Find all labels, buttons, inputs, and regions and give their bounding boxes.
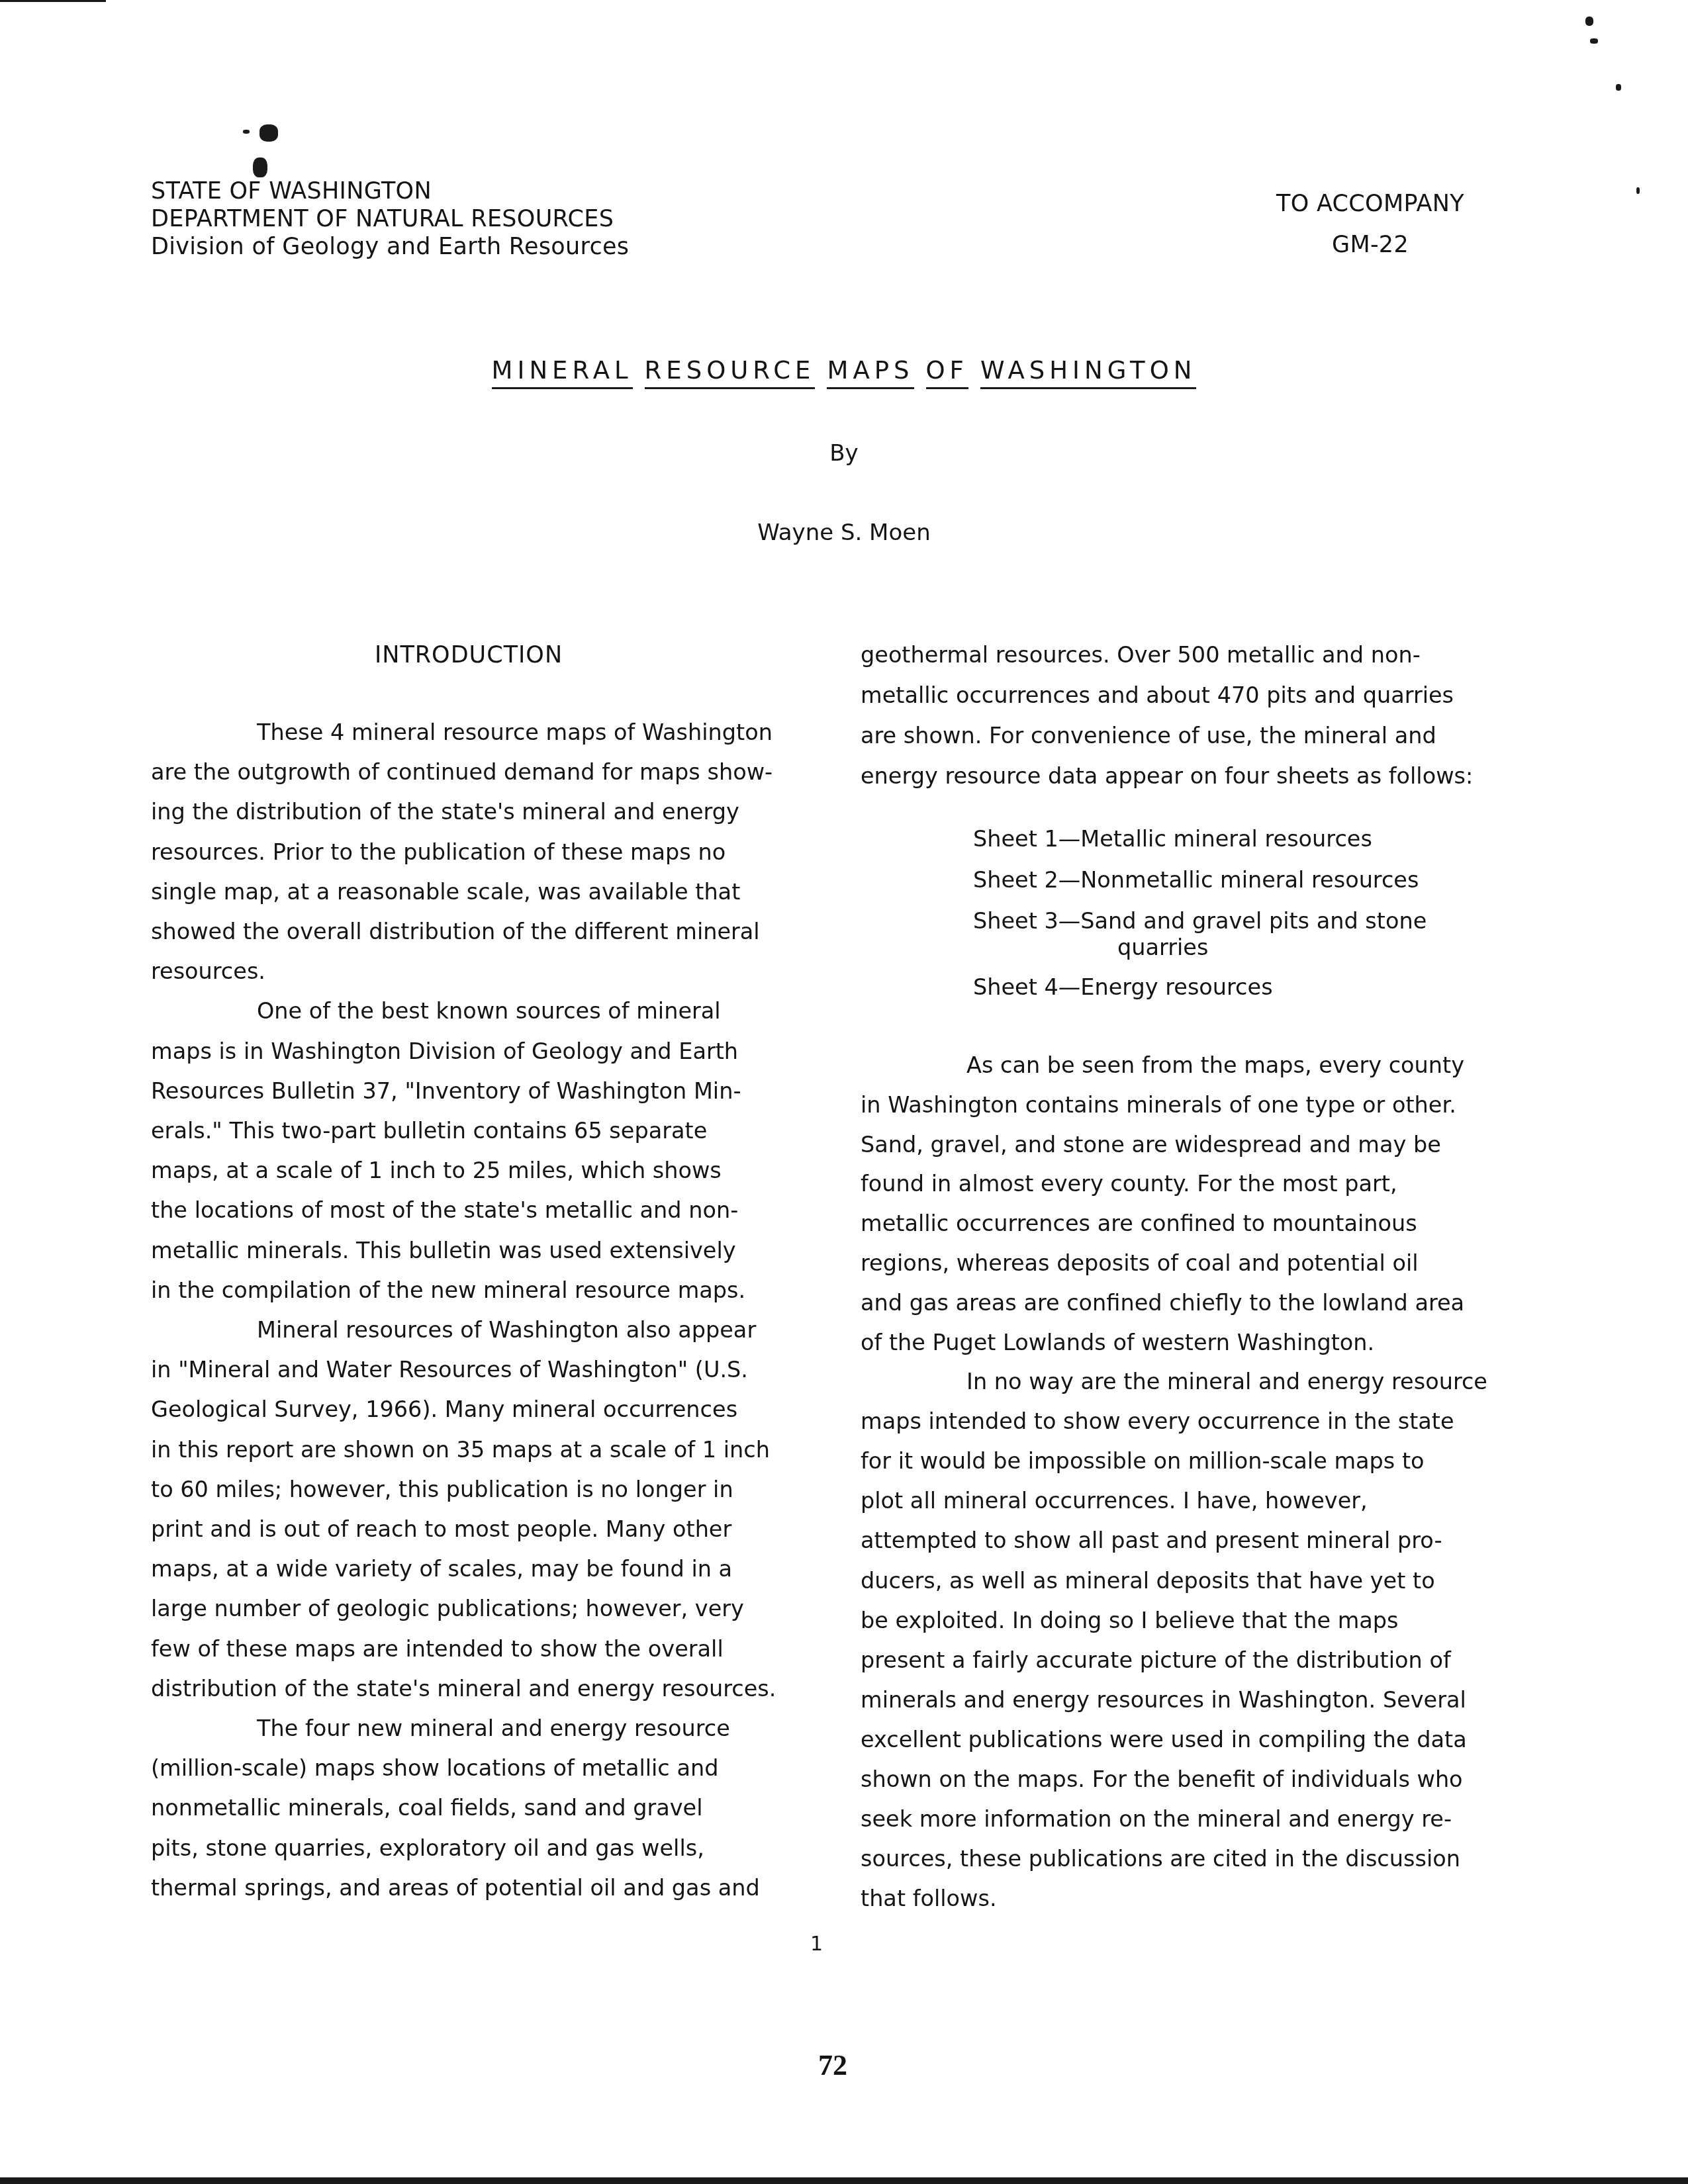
sheet-list-item: Sheet 2—Nonmetallic mineral resources xyxy=(973,867,1419,893)
document-title: MINERALRESOURCEMAPSOFWASHINGTON xyxy=(0,356,1688,389)
body-text-line: single map, at a reasonable scale, was a… xyxy=(151,879,740,905)
scan-mark xyxy=(1636,187,1640,194)
body-text-line: (million-scale) maps show locations of m… xyxy=(151,1755,718,1781)
body-text-line: and gas areas are confined chiefly to th… xyxy=(861,1290,1464,1316)
body-text-line: of the Puget Lowlands of western Washing… xyxy=(861,1330,1374,1355)
body-text-line: that follows. xyxy=(861,1886,997,1911)
body-text-line: large number of geologic publications; h… xyxy=(151,1596,744,1621)
body-text-line: Mineral resources of Washington also app… xyxy=(257,1317,756,1343)
agency-block: STATE OF WASHINGTON DEPARTMENT OF NATURA… xyxy=(151,177,629,261)
body-text-line: are the outgrowth of continued demand fo… xyxy=(151,759,773,785)
body-text-line: the locations of most of the state's met… xyxy=(151,1197,738,1223)
body-text-line: Resources Bulletin 37, "Inventory of Was… xyxy=(151,1078,741,1104)
accompany-label: TO ACCOMPANY xyxy=(1258,183,1483,224)
bottom-edge-bar xyxy=(0,2177,1688,2184)
body-text-line: are shown. For convenience of use, the m… xyxy=(861,723,1436,749)
agency-department: DEPARTMENT OF NATURAL RESOURCES xyxy=(151,205,629,233)
body-text-line: pits, stone quarries, exploratory oil an… xyxy=(151,1835,704,1861)
scan-mark xyxy=(259,124,278,142)
page-number: 1 xyxy=(810,1933,823,1956)
agency-division: Division of Geology and Earth Resources xyxy=(151,233,629,261)
body-text-line: sources, these publications are cited in… xyxy=(861,1846,1460,1872)
body-text-line: shown on the maps. For the benefit of in… xyxy=(861,1766,1463,1792)
body-text-line: energy resource data appear on four shee… xyxy=(861,763,1473,789)
body-text-line: distribution of the state's mineral and … xyxy=(151,1676,776,1702)
title-word: OF xyxy=(926,356,968,389)
scan-mark xyxy=(1590,38,1598,44)
body-text-line: metallic occurrences and about 470 pits … xyxy=(861,682,1454,708)
agency-state: STATE OF WASHINGTON xyxy=(151,177,629,205)
body-text-line: minerals and energy resources in Washing… xyxy=(861,1687,1466,1713)
body-text-line: to 60 miles; however, this publication i… xyxy=(151,1477,733,1502)
sheet-list-item: Sheet 1—Metallic mineral resources xyxy=(973,826,1372,852)
body-text-line: attempted to show all past and present m… xyxy=(861,1527,1442,1553)
scan-mark xyxy=(1616,84,1621,91)
body-text-line: These 4 mineral resource maps of Washing… xyxy=(257,719,773,745)
body-text-line: showed the overall distribution of the d… xyxy=(151,919,760,944)
body-text-line: maps, at a wide variety of scales, may b… xyxy=(151,1556,732,1582)
title-word: WASHINGTON xyxy=(980,356,1197,389)
body-text-line: in Washington contains minerals of one t… xyxy=(861,1092,1456,1118)
body-text-line: few of these maps are intended to show t… xyxy=(151,1636,724,1662)
body-text-line: for it would be impossible on million-sc… xyxy=(861,1448,1425,1474)
left-column: INTRODUCTION xyxy=(151,642,786,668)
body-text-line: Sand, gravel, and stone are widespread a… xyxy=(861,1132,1441,1158)
body-text-line: in this report are shown on 35 maps at a… xyxy=(151,1437,770,1463)
body-text-line: resources. xyxy=(151,958,265,984)
body-text-line: maps, at a scale of 1 inch to 25 miles, … xyxy=(151,1158,722,1183)
scan-mark xyxy=(1585,17,1593,26)
body-text-line: ing the distribution of the state's mine… xyxy=(151,799,739,825)
body-text-line: thermal springs, and areas of potential … xyxy=(151,1875,760,1901)
body-text-line: metallic occurrences are confined to mou… xyxy=(861,1210,1417,1236)
scan-mark xyxy=(253,158,267,177)
byline-by: By xyxy=(0,440,1688,467)
body-text-line: ducers, as well as mineral deposits that… xyxy=(861,1568,1435,1594)
accompany-block: TO ACCOMPANY GM-22 xyxy=(1258,183,1483,265)
body-text-line: geothermal resources. Over 500 metallic … xyxy=(861,642,1421,668)
body-text-line: in "Mineral and Water Resources of Washi… xyxy=(151,1357,748,1383)
body-text-line: maps is in Washington Division of Geolog… xyxy=(151,1038,738,1064)
body-text-line: excellent publications were used in comp… xyxy=(861,1727,1467,1752)
body-text-line: The four new mineral and energy resource xyxy=(257,1715,730,1741)
body-text-line: plot all mineral occurrences. I have, ho… xyxy=(861,1488,1368,1514)
sheet-list-item: Sheet 4—Energy resources xyxy=(973,974,1273,1000)
body-text-line: resources. Prior to the publication of t… xyxy=(151,839,726,865)
body-text-line: seek more information on the mineral and… xyxy=(861,1806,1452,1832)
body-text-line: maps intended to show every occurrence i… xyxy=(861,1408,1454,1434)
body-text-line: metallic minerals. This bulletin was use… xyxy=(151,1238,736,1263)
body-text-line: erals." This two-part bulletin contains … xyxy=(151,1118,707,1144)
sheet-list-item: Sheet 3—Sand and gravel pits and stone xyxy=(973,908,1427,934)
body-text-line: In no way are the mineral and energy res… xyxy=(966,1369,1487,1394)
author-name: Wayne S. Moen xyxy=(0,520,1688,546)
title-word: MAPS xyxy=(827,356,914,389)
section-heading-introduction: INTRODUCTION xyxy=(151,642,786,668)
title-word: RESOURCE xyxy=(645,356,816,389)
body-text-line: nonmetallic minerals, coal fields, sand … xyxy=(151,1795,703,1821)
body-text-line: regions, whereas deposits of coal and po… xyxy=(861,1250,1419,1276)
body-text-line: present a fairly accurate picture of the… xyxy=(861,1647,1451,1673)
document-page: STATE OF WASHINGTON DEPARTMENT OF NATURA… xyxy=(0,0,1688,2184)
title-word: MINERAL xyxy=(492,356,633,389)
body-text-line: in the compilation of the new mineral re… xyxy=(151,1277,745,1303)
body-text-line: One of the best known sources of mineral xyxy=(257,998,721,1024)
collection-page-number: 72 xyxy=(818,2048,847,2082)
body-text-line: As can be seen from the maps, every coun… xyxy=(966,1052,1464,1078)
body-text-line: print and is out of reach to most people… xyxy=(151,1516,731,1542)
body-text-line: Geological Survey, 1966). Many mineral o… xyxy=(151,1396,737,1422)
body-text-line: be exploited. In doing so I believe that… xyxy=(861,1608,1399,1633)
sheet-list-continuation: quarries xyxy=(1117,934,1208,960)
top-edge-rule xyxy=(0,0,106,2)
map-series-id: GM-22 xyxy=(1258,224,1483,265)
body-text-line: found in almost every county. For the mo… xyxy=(861,1171,1397,1197)
scan-mark xyxy=(243,130,250,134)
